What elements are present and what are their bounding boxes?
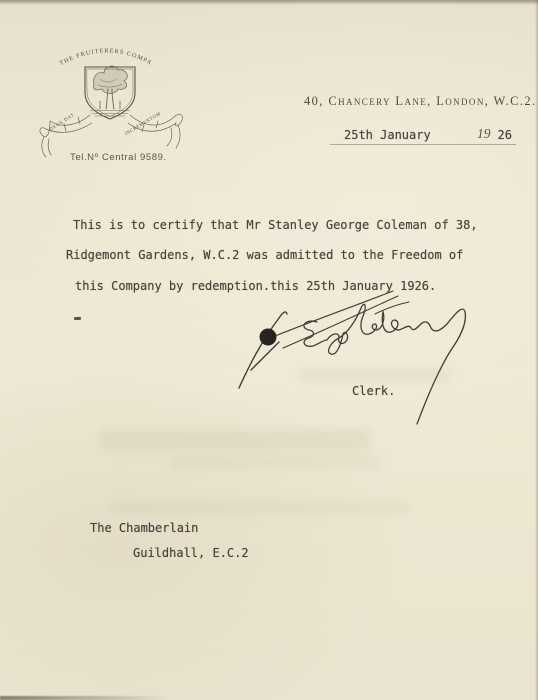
telephone-line: Tel.Nº Central 9589. [70, 152, 167, 163]
fruiterers-crest: THE FRUITERERS COMPANY DEUS DAT INCREMEN… [34, 38, 204, 162]
addressee-line-2: Guildhall, E.C.2 [133, 546, 249, 560]
letter-page: THE FRUITERERS COMPANY DEUS DAT INCREMEN… [0, 0, 538, 700]
signature-title: Clerk. [352, 384, 395, 398]
bleed-through-smudge [170, 456, 380, 468]
year-typed: 26 [498, 128, 512, 142]
bleed-through-smudge [110, 500, 410, 514]
date-line: 25th January 19 26 [330, 122, 516, 145]
stray-mark [74, 317, 81, 320]
addressee-line-1: The Chamberlain [90, 521, 198, 535]
paper-edge-bottom [0, 696, 170, 700]
company-name-arc: THE FRUITERERS COMPANY [34, 38, 154, 67]
date-typed: 25th January [344, 128, 431, 142]
year-printed: 19 [477, 126, 491, 142]
ink-blot [260, 329, 277, 346]
body-line-1: This is to certify that Mr Stanley Georg… [73, 218, 478, 232]
body-line-2: Ridgemont Gardens, W.C.2 was admitted to… [66, 248, 463, 262]
address-line: 40, Chancery Lane, London, W.C.2. [304, 94, 537, 109]
signature [225, 278, 510, 446]
paper-edge-top [0, 0, 538, 5]
